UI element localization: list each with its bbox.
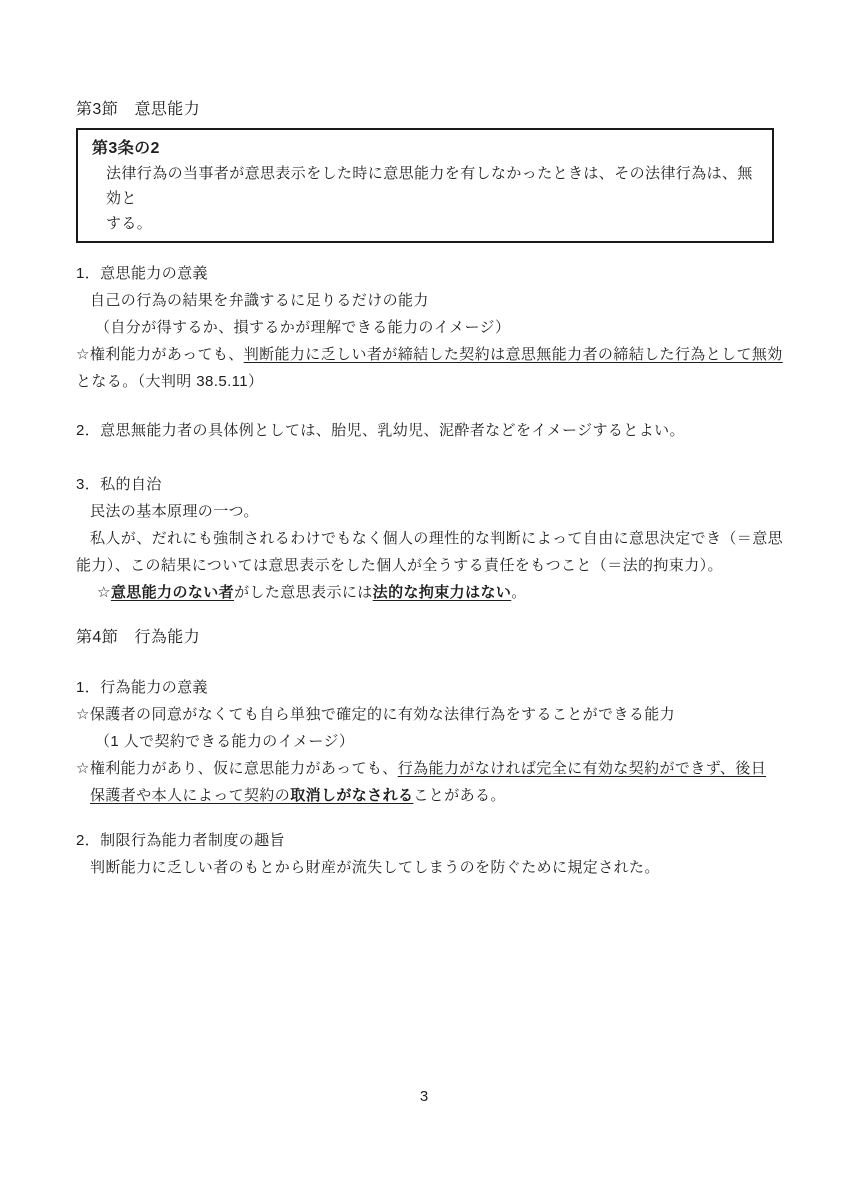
article-box-title: 第3条の2 [92,136,758,161]
section4-heading: 第4節 行為能力 [76,624,774,651]
s3-item1-note-underlined: 判断能力に乏しい者が締結した契約は意思無能力者の締結した行為として無効 [244,346,783,363]
s3-item3-title: 3．私的自治 [76,471,774,498]
s4-item1-note-prefix: ☆権利能力があり、仮に意思能力があっても、 [76,760,398,777]
s4-item1-line2: （1 人で契約できる能力のイメージ） [76,728,774,755]
s4-item1-note2-prefix: 保護者や本人によって契約の [90,787,290,804]
article-box-body-line1: 法律行為の当事者が意思表示をした時に意思能力を有しなかったときは、その法律行為は… [92,161,758,211]
s3-item1-note-line2: となる。（大判明 38.5.11） [76,368,774,395]
s3-item1-note-prefix: ☆権利能力があっても、 [76,346,244,363]
s3-item2-text: 2．意思無能力者の具体例としては、胎児、乳幼児、泥酔者などをイメージするとよい。 [76,417,774,444]
s3-item3-star-note: ☆意思能力のない者がした意思表示には法的な拘束力はない。 [76,579,774,606]
s4-item2-line1: 判断能力に乏しい者のもとから財産が流失してしまうのを防ぐために規定された。 [76,854,774,881]
s3-item1-line2: （自分が得するか、損するかが理解できる能力のイメージ） [76,314,774,341]
article-box: 第3条の2 法律行為の当事者が意思表示をした時に意思能力を有しなかったときは、そ… [76,128,774,243]
s3-item3-note-period: 。 [511,584,526,601]
s4-item1-note2-end: ことがある。 [413,787,505,804]
s3-item1-line1: 自己の行為の結果を弁識するに足りるだけの能力 [76,287,774,314]
s4-item1-note-underlined: 行為能力がなければ完全に有効な契約ができず、後日 [398,760,766,777]
section3-heading: 第3節 意思能力 [76,96,774,123]
star-icon: ☆ [97,584,111,601]
s4-item1-note2-bold: 取消しがなされる [290,787,413,804]
article-box-body-line2: する。 [92,211,758,236]
s4-item1-note2-underline-group: 保護者や本人によって契約の取消しがなされる [90,787,413,804]
s3-item3-line1: 民法の基本原理の一つ。 [76,498,774,525]
s4-item1-line1: ☆保護者の同意がなくても自ら単独で確定的に有効な法律行為をすることができる能力 [76,701,774,728]
s3-item3-note-mid: がした意思表示には [234,584,373,601]
s3-item3-line3: 能力）、この結果については意思表示をした個人が全うする責任をもつこと（＝法的拘束… [76,552,774,579]
s4-item1-note-line2: 保護者や本人によって契約の取消しがなされることがある。 [76,782,774,809]
document-page: 第3節 意思能力 第3条の2 法律行為の当事者が意思表示をした時に意思能力を有し… [0,0,848,1200]
s4-item2-title: 2．制限行為能力者制度の趣旨 [76,827,774,854]
s3-item1-title: 1．意思能力の意義 [76,260,774,287]
s3-item3-line2: 私人が、だれにも強制されるわけでもなく個人の理性的な判断によって自由に意思決定で… [76,525,774,552]
s4-item1-title: 1．行為能力の意義 [76,674,774,701]
s4-item1-note-line1: ☆権利能力があり、仮に意思能力があっても、行為能力がなければ完全に有効な契約がで… [76,755,774,782]
page-number: 3 [0,1083,848,1110]
s3-item1-note-line1: ☆権利能力があっても、判断能力に乏しい者が締結した契約は意思無能力者の締結した行… [76,341,774,368]
s3-item3-note-bold2: 法的な拘束力はない [373,584,512,601]
document-content: 第3節 意思能力 第3条の2 法律行為の当事者が意思表示をした時に意思能力を有し… [76,96,774,881]
s3-item3-note-bold1: 意思能力のない者 [111,584,234,601]
